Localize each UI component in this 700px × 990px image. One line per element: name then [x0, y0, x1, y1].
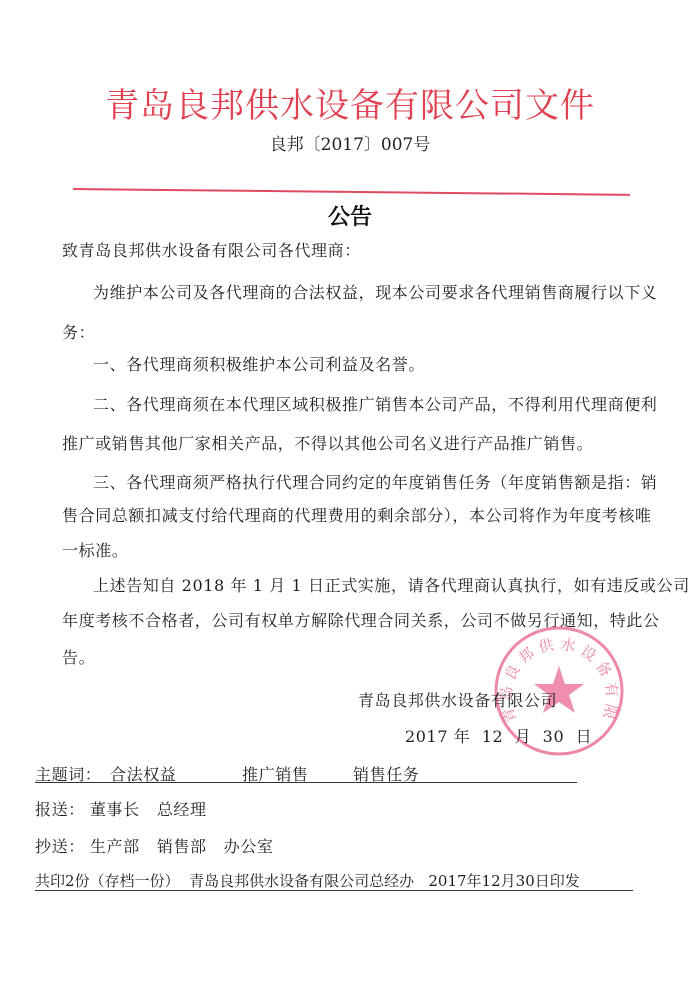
document-header-title: 青岛良邦供水设备有限公司文件 [0, 78, 700, 127]
item-1: 一、各代理商须积极维护本公司利益及名誉。 [93, 352, 425, 375]
item-3-line-2: 售合同总额扣减支付给代理商的代理费用的剩余部分），本公司将作为年度考核唯 [62, 503, 652, 526]
report-to-2: 总经理 [157, 800, 207, 819]
document-number: 良邦〔2017〕007号 [0, 130, 700, 155]
report-to-1: 董事长 [90, 800, 140, 819]
cc-2: 销售部 [157, 837, 207, 856]
cc-3: 办公室 [224, 837, 274, 856]
cc-label: 抄送： [35, 837, 85, 856]
intro-line-2: 务： [62, 320, 95, 343]
signature-date: 2017 年 12 月 30 日 [405, 724, 592, 747]
keywords-row: 主题词： 合法权益 推广销售 销售任务 [35, 760, 577, 783]
intro-line-1: 为维护本公司及各代理商的合法权益，现本公司要求各代理销售商履行以下义 [93, 280, 657, 303]
addressee: 致青岛良邦供水设备有限公司各代理商： [62, 238, 361, 261]
keyword-1: 合法权益 [110, 762, 176, 785]
print-info: 共印2份（存档一份） 青岛良邦供水设备有限公司总经办 2017年12月30日印发 [35, 870, 580, 891]
cc-row: 抄送： 生产部 销售部 办公室 [35, 834, 274, 857]
closing-line-3: 告。 [62, 645, 95, 668]
item-3-line-1: 三、各代理商须严格执行代理合同约定的年度销售任务（年度销售额是指：销 [93, 470, 657, 493]
report-to-row: 报送： 董事长 总经理 [35, 797, 207, 820]
item-2-line-2: 推广或销售其他厂家相关产品，不得以其他公司名义进行产品推广销售。 [62, 431, 593, 454]
closing-line-1: 上述告知自 2018 年 1 月 1 日正式实施，请各代理商认真执行，如有违反或… [93, 573, 690, 596]
keyword-3: 销售任务 [353, 762, 419, 785]
item-3-line-3: 一标准。 [62, 538, 128, 561]
cc-1: 生产部 [90, 837, 140, 856]
report-to-label: 报送： [35, 800, 85, 819]
red-header-rule [73, 188, 630, 196]
print-info-row: 共印2份（存档一份） 青岛良邦供水设备有限公司总经办 2017年12月30日印发 [35, 868, 633, 891]
item-2-line-1: 二、各代理商须在本代理区域积极推广销售本公司产品，不得利用代理商便利 [93, 392, 657, 415]
keyword-2: 推广销售 [242, 762, 308, 785]
keywords-label: 主题词： [35, 762, 101, 785]
signature-company: 青岛良邦供水设备有限公司 [358, 688, 557, 711]
notice-title: 公告 [0, 200, 700, 231]
